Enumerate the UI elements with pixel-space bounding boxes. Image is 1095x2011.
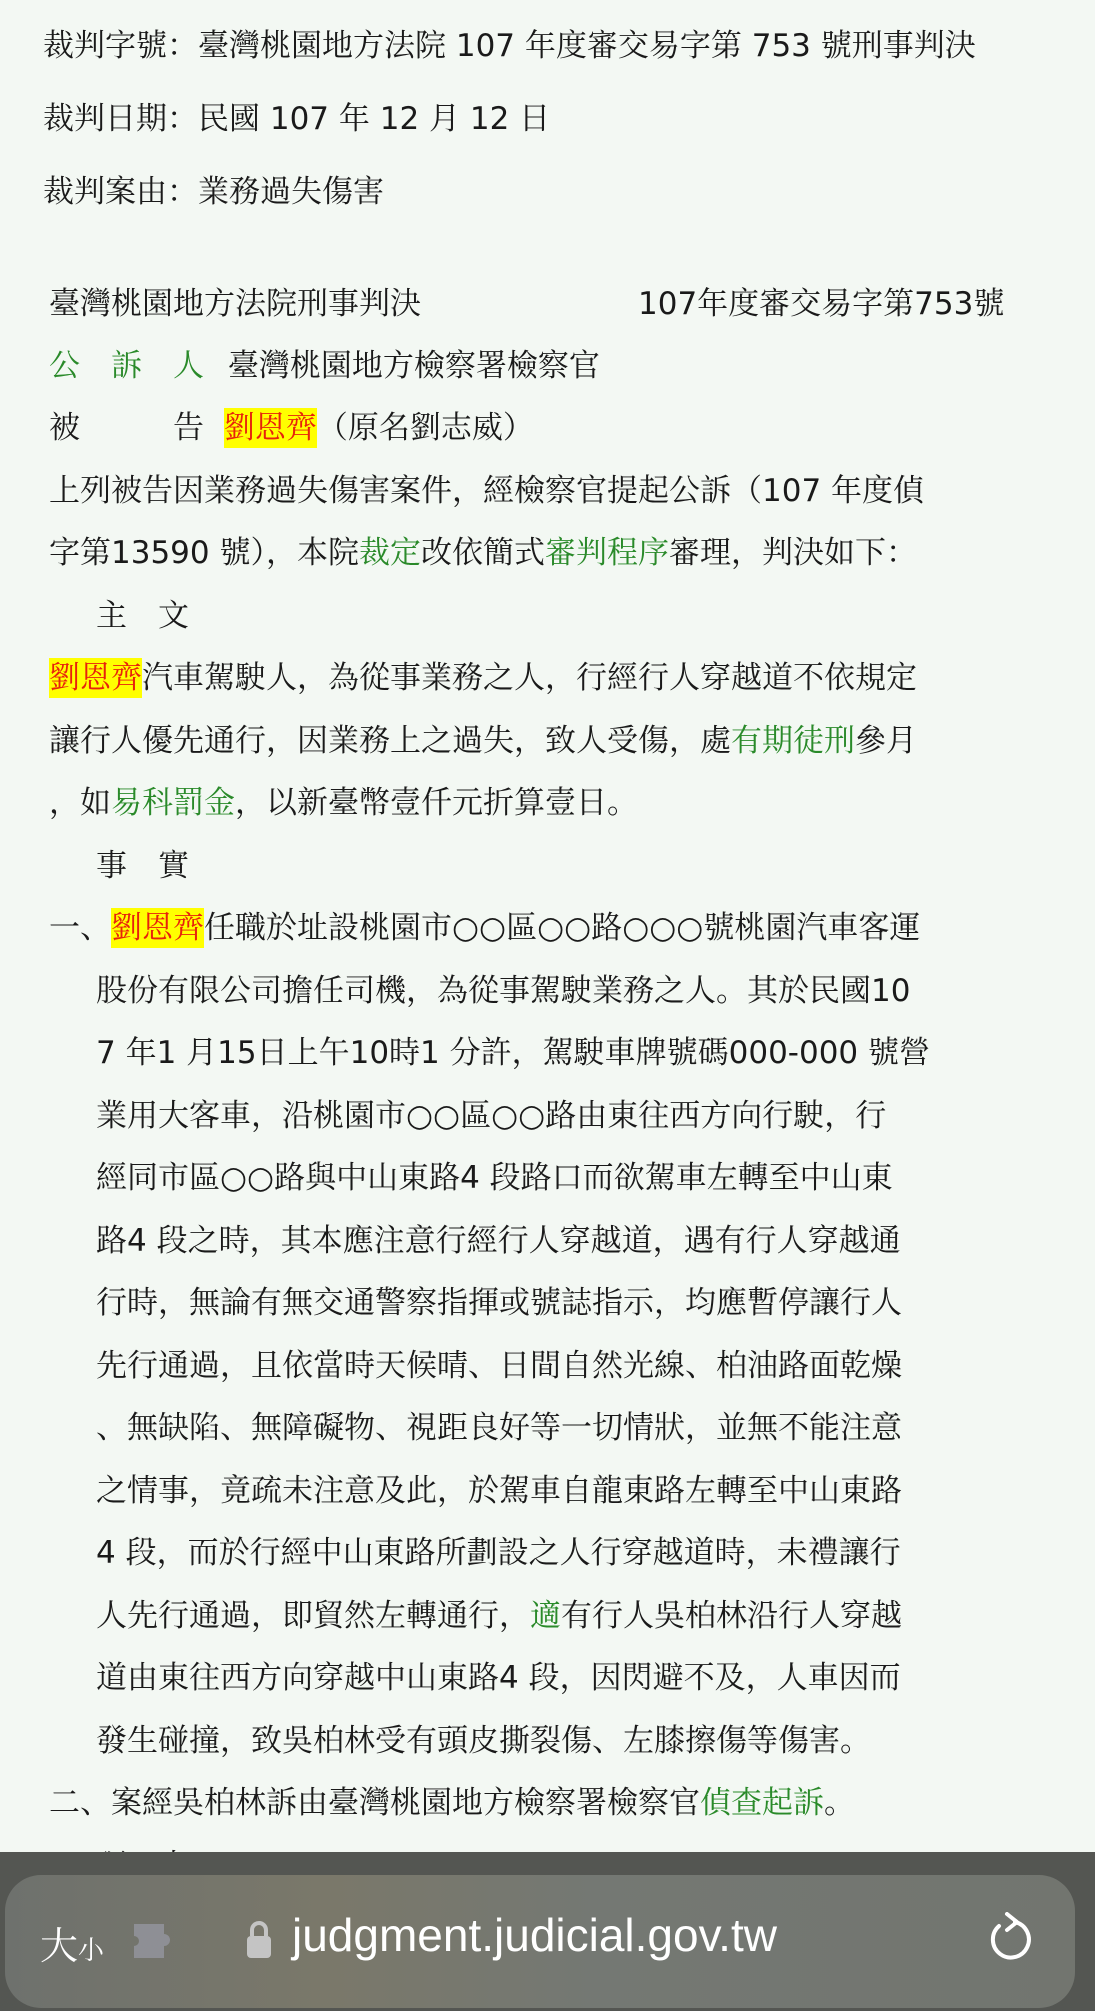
defendant-name-highlight: 劉恩齊 <box>49 658 142 698</box>
link-coincidence[interactable]: 適 <box>530 1598 561 1634</box>
facts-text: 人先行通過，即貿然左轉通行， <box>96 1598 530 1634</box>
facts-1-line: 行時，無論有無交通警察指揮或號誌指示，均應暫停讓行人 <box>96 1277 902 1322</box>
facts-text: 。 <box>824 1785 855 1821</box>
facts-1-line: 、無缺陷、無障礙物、視距良好等一切情狀，並無不能注意 <box>96 1402 902 1447</box>
text-size-button[interactable]: 大小 <box>40 1915 104 1970</box>
facts-1-line-14: 發生碰撞，致吳柏林受有頭皮撕裂傷、左膝擦傷等傷害。 <box>96 1715 871 1760</box>
judgment-date-label: 裁判日期： <box>43 101 198 137</box>
facts-1-line: 股份有限公司擔任司機，為從事駕駛業務之人。其於民國10 <box>96 965 910 1010</box>
defendant-name-highlight: 劉恩齊 <box>111 908 204 948</box>
text-size-small-glyph: 小 <box>78 1936 104 1966</box>
prosecutor-label-link[interactable]: 公 訴 人 <box>49 348 204 384</box>
case-number-label: 裁判字號： <box>43 28 198 64</box>
link-trial-procedure[interactable]: 審判程序 <box>545 535 669 571</box>
judgment-cause-row: 裁判案由：業務過失傷害 <box>43 166 384 211</box>
extension-puzzle-icon[interactable] <box>132 1920 182 1962</box>
defendant-label: 被 告 <box>49 410 204 446</box>
intro-text: 審理，判決如下： <box>669 535 917 571</box>
facts-1-line-13: 道由東往西方向穿越中山東路4 段，因閃避不及，人車因而 <box>96 1652 901 1697</box>
intro-line-2: 字第13590 號），本院裁定改依簡式審判程序審理，判決如下： <box>49 527 917 572</box>
link-ruling[interactable]: 裁定 <box>359 535 421 571</box>
defendant-row: 被 告 劉恩齊（原名劉志威） <box>49 402 534 447</box>
main-line-1: 劉恩齊汽車駕駛人，為從事業務之人，行經行人穿越道不依規定 <box>49 652 917 697</box>
main-text: 參月 <box>855 723 917 759</box>
defendant-note: （原名劉志威） <box>317 410 534 446</box>
facts-text: 二、案經吳柏林訴由臺灣桃園地方檢察署檢察官 <box>49 1785 700 1821</box>
facts-1-line: 經同市區○○路與中山東路4 段路口而欲駕車左轉至中山東 <box>96 1152 893 1197</box>
facts-1-line-12: 人先行通過，即貿然左轉通行，適有行人吳柏林沿行人穿越 <box>96 1590 902 1635</box>
intro-text: 改依簡式 <box>421 535 545 571</box>
facts-1-line: 7 年1 月15日上午10時1 分許，駕駛車牌號碼000-000 號營 <box>96 1027 930 1072</box>
facts-1-line: 4 段，而於行經中山東路所劃設之人行穿越道時，未禮讓行 <box>96 1527 901 1572</box>
case-number: 107年度審交易字第753號 <box>638 278 1004 323</box>
main-line-3: ，如易科罰金，以新臺幣壹仟元折算壹日。 <box>49 777 638 822</box>
link-investigation-indictment[interactable]: 偵查起訴 <box>700 1785 824 1821</box>
judgment-cause-label: 裁判案由： <box>43 174 198 210</box>
lock-icon <box>245 1918 273 1960</box>
facts-1-line: 業用大客車，沿桃園市○○區○○路由東往西方向行駛，行 <box>96 1090 886 1135</box>
main-text: 讓行人優先通行，因業務上之過失，致人受傷，處 <box>49 723 731 759</box>
facts-number: 一、 <box>49 910 111 946</box>
facts-1-line-1: 一、劉恩齊任職於址設桃園市○○區○○路○○○號桃園汽車客運 <box>49 902 920 947</box>
facts-1-line: 之情事，竟疏未注意及此，於駕車自龍東路左轉至中山東路 <box>96 1465 902 1510</box>
url-display[interactable]: judgment.judicial.gov.tw <box>292 1908 777 1962</box>
judgment-date-row: 裁判日期：民國 107 年 12 月 12 日 <box>43 93 550 138</box>
main-text: ，如 <box>49 785 111 821</box>
prosecutor-value: 臺灣桃園地方檢察署檢察官 <box>228 348 600 384</box>
intro-text: 字第13590 號），本院 <box>49 535 359 571</box>
prosecutor-row: 公 訴 人 臺灣桃園地方檢察署檢察官 <box>49 340 600 385</box>
facts-text: 有行人吳柏林沿行人穿越 <box>561 1598 902 1634</box>
link-fine-conversion[interactable]: 易科罰金 <box>111 785 235 821</box>
court-title: 臺灣桃園地方法院刑事判決 <box>49 278 421 323</box>
reload-icon[interactable] <box>985 1912 1033 1966</box>
main-text: ，以新臺幣壹仟元折算壹日。 <box>235 785 638 821</box>
link-imprisonment[interactable]: 有期徒刑 <box>731 723 855 759</box>
main-line-2: 讓行人優先通行，因業務上之過失，致人受傷，處有期徒刑參月 <box>49 715 917 760</box>
section-facts-heading: 事 實 <box>96 840 189 885</box>
judgment-date-value: 民國 107 年 12 月 12 日 <box>198 101 550 137</box>
facts-text: 任職於址設桃園市○○區○○路○○○號桃園汽車客運 <box>204 910 920 946</box>
text-size-big-glyph: 大 <box>40 1924 78 1968</box>
defendant-name-highlight: 劉恩齊 <box>224 408 317 448</box>
case-number-value: 臺灣桃園地方法院 107 年度審交易字第 753 號刑事判決 <box>198 28 976 64</box>
facts-1-line: 路4 段之時，其本應注意行經行人穿越道，遇有行人穿越通 <box>96 1215 901 1260</box>
facts-1-line: 先行通過，且依當時天候晴、日間自然光線、柏油路面乾燥 <box>96 1340 902 1385</box>
facts-2-line: 二、案經吳柏林訴由臺灣桃園地方檢察署檢察官偵查起訴。 <box>49 1777 855 1822</box>
judgment-cause-value: 業務過失傷害 <box>198 174 384 210</box>
section-main-heading: 主 文 <box>96 590 189 635</box>
case-number-row: 裁判字號：臺灣桃園地方法院 107 年度審交易字第 753 號刑事判決 <box>43 20 976 65</box>
main-text: 汽車駕駛人，為從事業務之人，行經行人穿越道不依規定 <box>142 660 917 696</box>
intro-line-1: 上列被告因業務過失傷害案件，經檢察官提起公訴（107 年度偵 <box>49 465 924 510</box>
